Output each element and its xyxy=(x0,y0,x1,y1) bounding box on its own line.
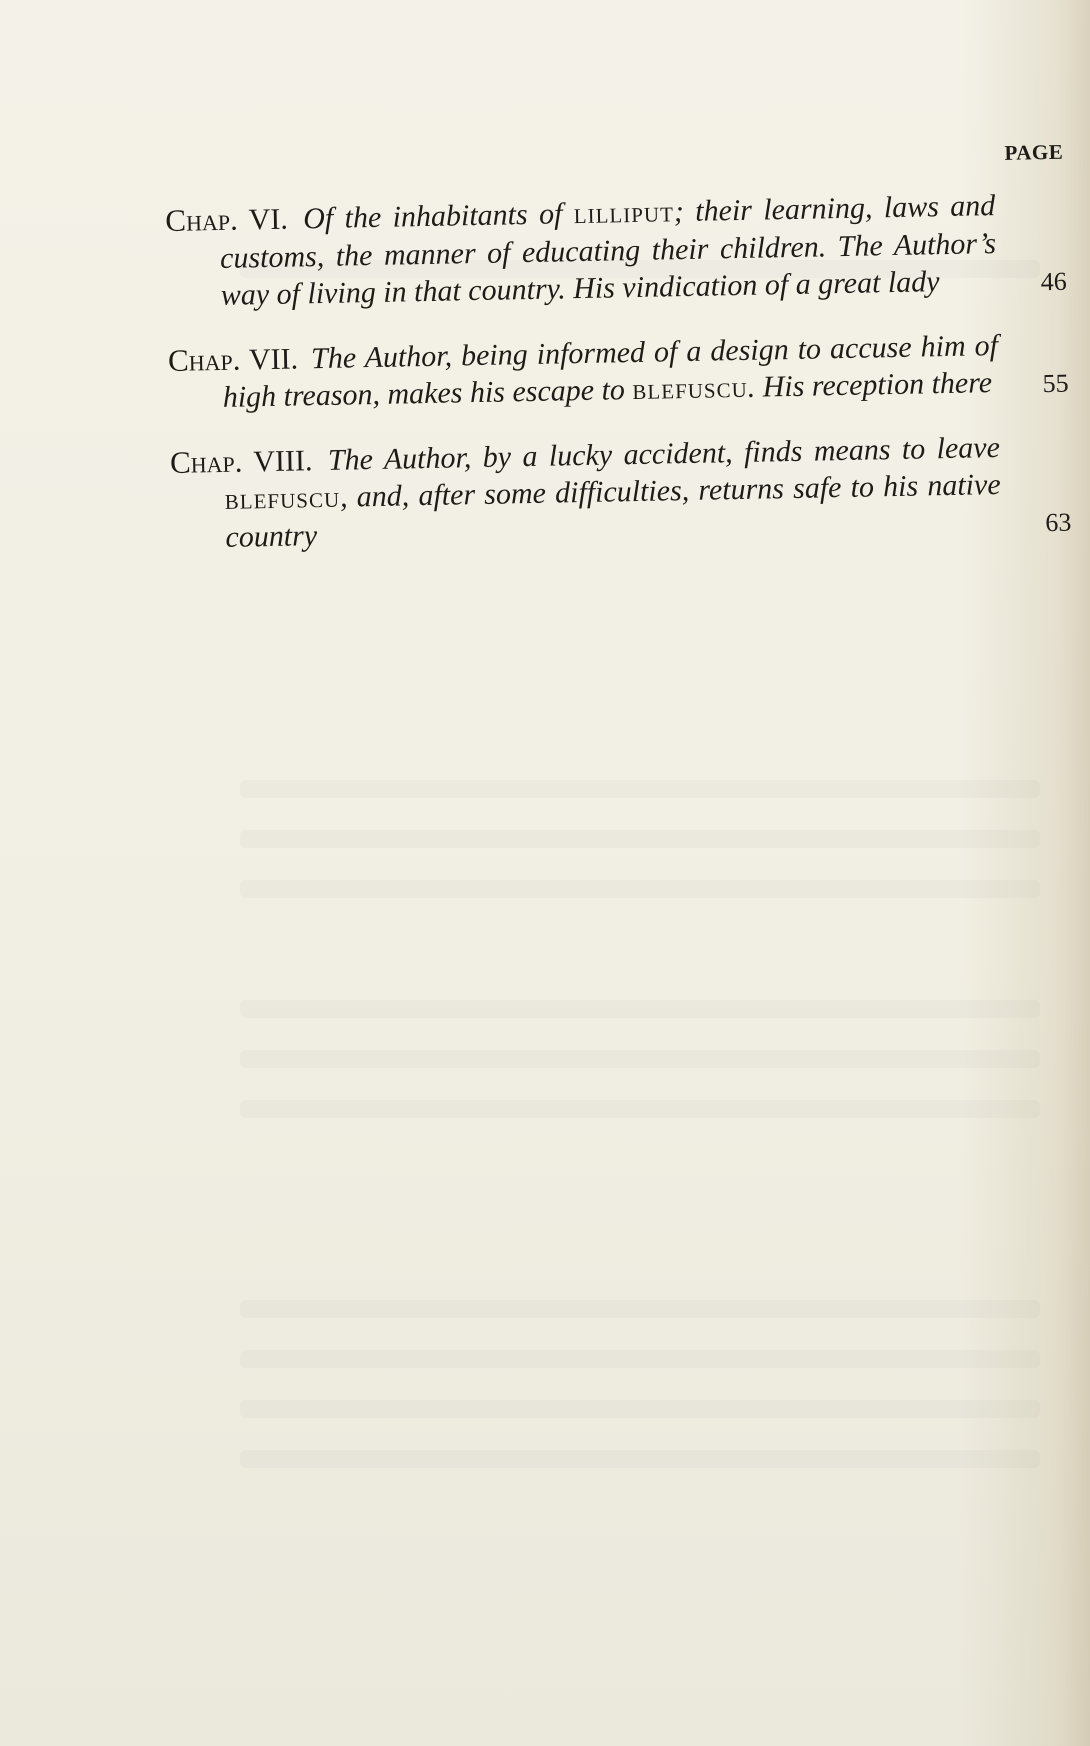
place-name: BLEFUSCU xyxy=(224,481,340,516)
toc-entry-text: Chap. VIII. The Author, by a lucky accid… xyxy=(170,428,1002,557)
show-through-line xyxy=(240,830,1040,848)
toc-entry-chapter-vi: Chap. VI. Of the inhabitants of LILLIPUT… xyxy=(165,186,997,315)
show-through-line xyxy=(240,1050,1040,1068)
page-number: 55 xyxy=(1042,368,1069,398)
show-through-line xyxy=(240,1300,1040,1318)
chapter-label: Chap. xyxy=(165,202,238,238)
show-through-line xyxy=(240,1350,1040,1368)
show-through-line xyxy=(240,880,1040,898)
place-name: BLEFUSCU xyxy=(632,371,748,406)
book-page: PAGE Chap. VI. Of the inhabitants of LIL… xyxy=(0,0,1090,1746)
place-name: LILLIPUT xyxy=(573,195,674,230)
show-through-line xyxy=(240,1400,1040,1418)
page-column-header: PAGE xyxy=(1004,140,1063,166)
table-of-contents: PAGE Chap. VI. Of the inhabitants of LIL… xyxy=(164,133,1072,583)
entry-description: , and, after some difficulties, returns … xyxy=(225,468,1001,553)
chapter-label: Chap. xyxy=(170,443,243,479)
entry-description: Of the inhabitants of xyxy=(303,197,574,235)
show-through-line xyxy=(240,1100,1040,1118)
toc-entry-chapter-viii: Chap. VIII. The Author, by a lucky accid… xyxy=(170,428,1002,557)
page-number: 63 xyxy=(1045,508,1072,538)
toc-entry-text: Chap. VII. The Author, being informed of… xyxy=(168,326,999,418)
page-number: 46 xyxy=(1040,266,1067,296)
chapter-number: VI. xyxy=(248,203,288,237)
toc-entry-text: Chap. VI. Of the inhabitants of LILLIPUT… xyxy=(165,186,997,315)
toc-entry-chapter-vii: Chap. VII. The Author, being informed of… xyxy=(168,326,999,418)
show-through-line xyxy=(240,1000,1040,1018)
chapter-label: Chap. xyxy=(168,341,241,377)
entry-description: . His reception there xyxy=(747,366,992,404)
show-through-line xyxy=(240,1450,1040,1468)
show-through-line xyxy=(240,780,1040,798)
chapter-number: VII. xyxy=(249,342,299,376)
chapter-number: VIII. xyxy=(253,444,313,478)
